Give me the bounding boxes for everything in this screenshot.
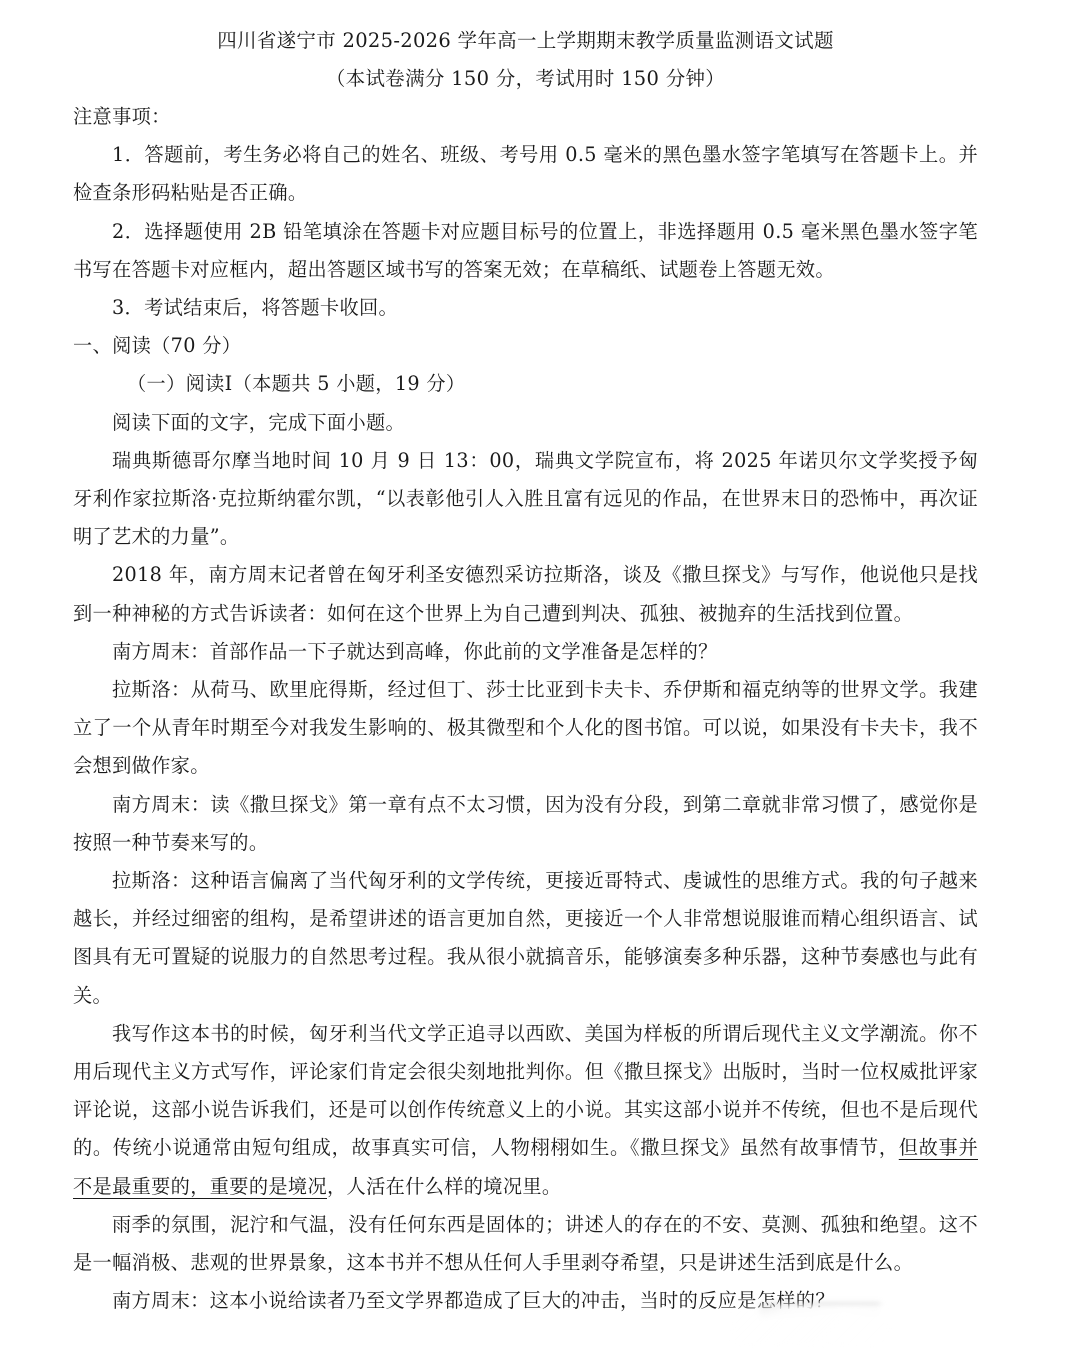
passage-paragraph: 2018 年，南方周末记者曾在匈牙利圣安德烈采访拉斯洛，谈及《撒旦探戈》与写作，… (73, 556, 978, 632)
notice-item-1: 1．答题前，考生务必将自己的姓名、班级、考号用 0.5 毫米的黑色墨水签字笔填写… (73, 136, 978, 212)
passage-text: ，人活在什么样的境况里。 (327, 1175, 561, 1198)
exam-subtitle: （本试卷满分 150 分，考试用时 150 分钟） (73, 60, 978, 98)
passage-paragraph: 拉斯洛：这种语言偏离了当代匈牙利的文学传统，更接近哥特式、虔诚性的思维方式。我的… (73, 862, 978, 1015)
passage-paragraph: 雨季的氛围，泥泞和气温，没有任何东西是固体的；讲述人的存在的不安、莫测、孤独和绝… (73, 1206, 978, 1282)
reading-instruction: 阅读下面的文字，完成下面小题。 (73, 404, 978, 442)
exam-title: 四川省遂宁市 2025-2026 学年高一上学期期末教学质量监测语文试题 (73, 22, 978, 60)
section-heading: 一、阅读（70 分） (73, 327, 978, 365)
subsection-heading: （一）阅读Ⅰ（本题共 5 小题，19 分） (73, 365, 978, 403)
passage-paragraph: 南方周末：首部作品一下子就达到高峰，你此前的文学准备是怎样的？ (73, 633, 978, 671)
notice-heading: 注意事项： (73, 98, 978, 136)
passage-paragraph: 南方周末：读《撒旦探戈》第一章有点不太习惯，因为没有分段，到第二章就非常习惯了，… (73, 786, 978, 862)
passage-paragraph: 南方周末：这本小说给读者乃至文学界都造成了巨大的冲击，当时的反应是怎样的？ (73, 1282, 978, 1320)
passage-paragraph-with-underline: 我写作这本书的时候，匈牙利当代文学正追寻以西欧、美国为样板的所谓后现代主义文学潮… (73, 1015, 978, 1206)
passage-text: 我写作这本书的时候，匈牙利当代文学正追寻以西欧、美国为样板的所谓后现代主义文学潮… (73, 1022, 978, 1160)
exam-page: 四川省遂宁市 2025-2026 学年高一上学期期末教学质量监测语文试题 （本试… (73, 22, 978, 1321)
passage-paragraph: 拉斯洛：从荷马、欧里庇得斯，经过但丁、莎士比亚到卡夫卡、乔伊斯和福克纳等的世界文… (73, 671, 978, 786)
passage-paragraph: 瑞典斯德哥尔摩当地时间 10 月 9 日 13：00，瑞典文学院宣布，将 202… (73, 442, 978, 557)
notice-item-2: 2．选择题使用 2B 铅笔填涂在答题卡对应题目标号的位置上，非选择题用 0.5 … (73, 213, 978, 289)
notice-item-3: 3．考试结束后，将答题卡收回。 (73, 289, 978, 327)
